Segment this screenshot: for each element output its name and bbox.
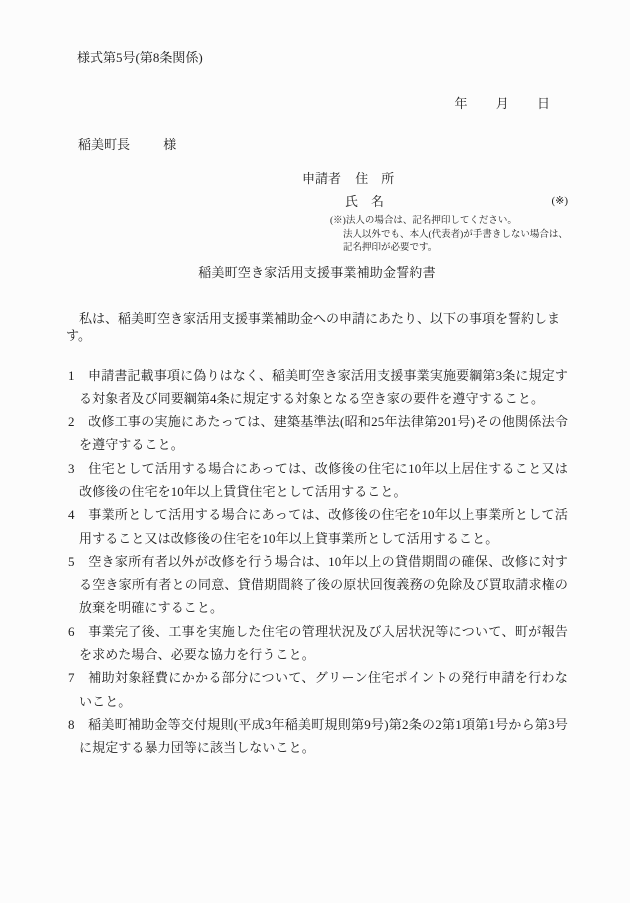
addressee-honorific: 様	[163, 137, 176, 152]
date-year-label: 年	[454, 96, 467, 111]
pledge-list: 1申請書記載事項に偽りはなく、稲美町空き家活用支援事業実施要綱第3条に規定する対…	[66, 364, 568, 760]
item-number: 5	[66, 550, 88, 573]
date-line: 年 月 日	[66, 96, 568, 112]
item-text: 補助対象経費にかかる部分について、グリーン住宅ポイントの発行申請を行わないこと。	[79, 670, 568, 708]
item-text: 事業完了後、工事を実施した住宅の管理状況及び入居状況等について、町が報告を求めた…	[79, 624, 568, 662]
pledge-item: 5空き家所有者以外が改修を行う場合は、10年以上の貸借期間の確保、改修に対する空…	[66, 550, 568, 620]
name-label: 氏 名	[345, 190, 384, 213]
item-text: 空き家所有者以外が改修を行う場合は、10年以上の貸借期間の確保、改修に対する空き…	[79, 554, 568, 616]
item-number: 8	[66, 713, 88, 736]
item-text: 改修工事の実施にあたっては、建築基準法(昭和25年法律第201号)その他関係法令…	[79, 414, 568, 452]
item-number: 1	[66, 364, 88, 387]
item-text: 住宅として活用する場合にあっては、改修後の住宅に10年以上居住すること又は改修後…	[79, 461, 568, 499]
item-number: 4	[66, 503, 88, 526]
intro-paragraph: 私は、稲美町空き家活用支援事業補助金への申請にあたり、以下の事項を誓約します。	[66, 310, 568, 344]
pledge-item: 4事業所として活用する場合にあっては、改修後の住宅を10年以上事業所として活用す…	[66, 503, 568, 550]
note-mark: (※)	[551, 190, 568, 213]
applicant-name-row: 氏 名 (※)	[302, 190, 568, 213]
item-number: 6	[66, 620, 88, 643]
item-text: 申請書記載事項に偽りはなく、稲美町空き家活用支援事業実施要綱第3条に規定する対象…	[79, 368, 568, 406]
address-label: 住 所	[355, 171, 394, 186]
note-line: 記名押印が必要です。	[330, 242, 568, 256]
item-text: 事業所として活用する場合にあっては、改修後の住宅を10年以上事業所として活用する…	[79, 507, 568, 545]
addressee: 稲美町長 様	[66, 136, 568, 153]
pledge-item: 6事業完了後、工事を実施した住宅の管理状況及び入居状況等について、町が報告を求め…	[66, 620, 568, 667]
item-text: 稲美町補助金等交付規則(平成3年稲美町規則第9号)第2条の2第1項第1号から第3…	[79, 717, 568, 755]
date-month-label: 月	[496, 96, 509, 112]
document-title: 稲美町空き家活用支援事業補助金誓約書	[66, 264, 568, 281]
item-number: 7	[66, 666, 88, 689]
applicant-block: 申請者 住 所 氏 名 (※) (※)法人の場合は、記名押印してください。 法人…	[302, 167, 568, 256]
applicant-notes: (※)法人の場合は、記名押印してください。 法人以外でも、本人(代表者)が手書き…	[330, 215, 568, 256]
note-line: 法人以外でも、本人(代表者)が手書きしない場合は、	[330, 229, 568, 243]
pledge-item: 7補助対象経費にかかる部分について、グリーン住宅ポイントの発行申請を行わないこと…	[66, 666, 568, 713]
pledge-item: 2改修工事の実施にあたっては、建築基準法(昭和25年法律第201号)その他関係法…	[66, 410, 568, 457]
pledge-item: 1申請書記載事項に偽りはなく、稲美町空き家活用支援事業実施要綱第3条に規定する対…	[66, 364, 568, 411]
pledge-item: 8稲美町補助金等交付規則(平成3年稲美町規則第9号)第2条の2第1項第1号から第…	[66, 713, 568, 760]
document-page: 様式第5号(第8条関係) 年 月 日 稲美町長 様 申請者 住 所 氏 名 (※…	[0, 0, 630, 903]
addressee-title: 稲美町長	[78, 137, 130, 152]
pledge-item: 3住宅として活用する場合にあっては、改修後の住宅に10年以上居住すること又は改修…	[66, 457, 568, 504]
item-number: 2	[66, 410, 88, 433]
form-number: 様式第5号(第8条関係)	[66, 50, 568, 66]
item-number: 3	[66, 457, 88, 480]
note-line: (※)法人の場合は、記名押印してください。	[330, 215, 568, 229]
date-day-label: 日	[537, 96, 550, 112]
applicant-address-row: 申請者 住 所	[302, 167, 568, 190]
applicant-label: 申請者	[302, 171, 341, 186]
